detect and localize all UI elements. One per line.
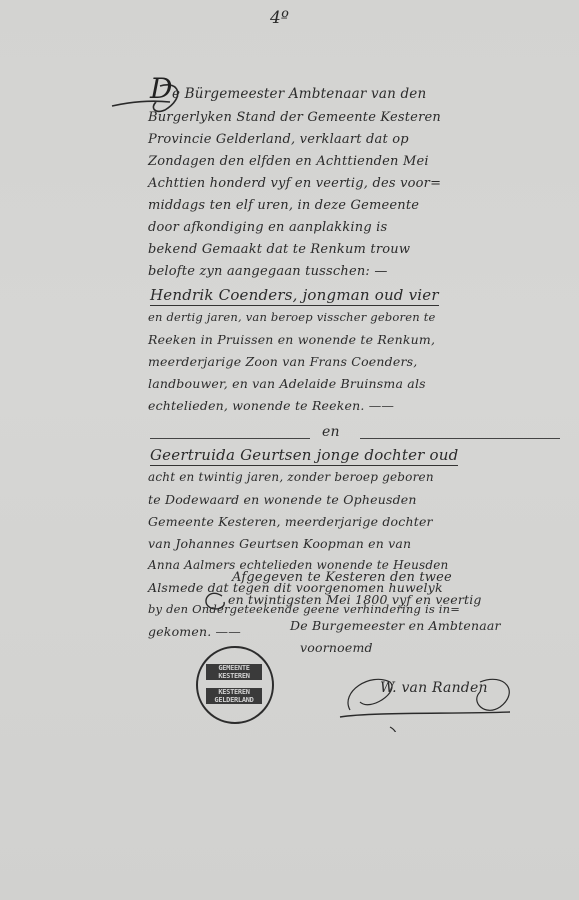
closing-line-2: en twintigsten Mei 1800 vyf en veertig bbox=[228, 592, 482, 607]
text-line-3: Provincie Gelderland, verklaart dat op bbox=[148, 132, 409, 147]
text-line-15: echtelieden, wonende te Reeken. —— bbox=[148, 398, 394, 413]
closing-flourish-icon bbox=[200, 586, 230, 616]
document-page: 4º D e Bürgemeester Ambtenaar van den Bu… bbox=[0, 0, 579, 900]
text-line-5: Achttien honderd vyf en veertig, des voo… bbox=[148, 176, 441, 191]
text-line-9: belofte zyn aangegaan tusschen: — bbox=[148, 264, 388, 279]
signature-title-line-2: voornoemd bbox=[300, 640, 373, 655]
text-line-12: Reeken in Pruissen en wonende te Renkum, bbox=[148, 332, 435, 347]
text-line-13: meerderjarige Zoon van Frans Coenders, bbox=[148, 354, 417, 369]
divider-right bbox=[360, 438, 560, 439]
text-line-25: gekomen. —— bbox=[148, 624, 241, 639]
stamp-top-text-2: KESTEREN bbox=[206, 672, 262, 680]
text-line-20: Gemeente Kesteren, meerderjarige dochter bbox=[148, 514, 433, 529]
closing-line-1: Afgegeven te Kesteren den twee bbox=[232, 570, 452, 585]
initial-letter-d: D bbox=[150, 72, 172, 105]
stamp-bottom-text-2: GELDERLAND bbox=[206, 696, 262, 704]
municipal-stamp: GEMEENTE KESTEREN KESTEREN GELDERLAND bbox=[196, 646, 274, 724]
text-line-8: bekend Gemaakt dat te Renkum trouw bbox=[148, 242, 410, 257]
text-line-7: door afkondiging en aanplakking is bbox=[148, 220, 387, 235]
conjunction-en: en bbox=[322, 424, 340, 440]
signature-text: W. van Randen bbox=[380, 680, 488, 696]
page-number: 4º bbox=[270, 8, 289, 28]
text-line-14: landbouwer, en van Adelaide Bruinsma als bbox=[148, 376, 426, 391]
text-line-1: e Bürgemeester Ambtenaar van den bbox=[172, 86, 426, 102]
text-line-21: van Johannes Geurtsen Koopman en van bbox=[148, 536, 411, 551]
text-line-4: Zondagen den elfden en Achttienden Mei bbox=[148, 154, 429, 169]
bride-name-line: Geertruida Geurtsen jonge dochter oud bbox=[150, 446, 458, 466]
stamp-top-text: GEMEENTE bbox=[206, 664, 262, 672]
signature-title-line-1: De Burgemeester en Ambtenaar bbox=[290, 618, 501, 633]
groom-name-line: Hendrik Coenders, jongman oud vier bbox=[150, 286, 439, 306]
stamp-bottom-text: KESTEREN bbox=[206, 688, 262, 696]
text-line-2: Burgerlyken Stand der Gemeente Kesteren bbox=[148, 110, 441, 125]
text-line-18: acht en twintig jaren, zonder beroep geb… bbox=[148, 470, 434, 484]
text-line-11: en dertig jaren, van beroep visscher geb… bbox=[148, 310, 436, 324]
text-line-6: middags ten elf uren, in deze Gemeente bbox=[148, 198, 419, 213]
divider-left bbox=[150, 438, 310, 439]
text-line-19: te Dodewaard en wonende te Opheusden bbox=[148, 492, 417, 507]
